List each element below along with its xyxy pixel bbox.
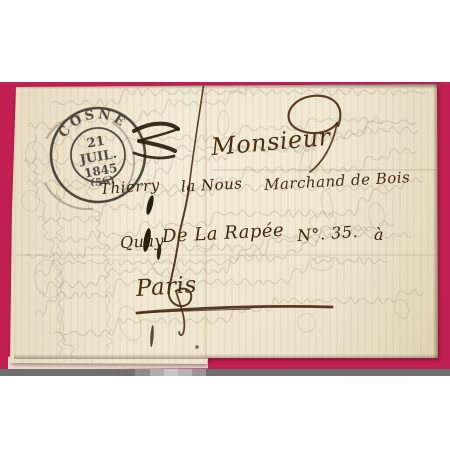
ink-dot: [195, 345, 199, 349]
tax-mark-stroke: [139, 141, 175, 151]
address-connector: à: [374, 225, 384, 244]
bottom-margin: [0, 376, 450, 450]
address-city: Paris: [135, 272, 197, 302]
rate-stroke: [189, 82, 204, 188]
ink-smudge: [150, 325, 155, 347]
scan-artifact-block: [135, 369, 150, 376]
ink-blot: [145, 195, 155, 216]
tax-mark-stroke: [134, 124, 178, 131]
tax-mark-stroke: [139, 129, 178, 141]
address-street: Quay: [120, 231, 165, 252]
product-photo: COSNE (56) 21 JUIL. 1845: [0, 0, 450, 450]
top-margin: [0, 0, 450, 82]
tax-mark-stroke: [134, 153, 174, 158]
scan-artifact-block: [192, 369, 206, 376]
scan-artifact-block: [164, 369, 178, 376]
scan-artifact-strip: [0, 369, 450, 376]
scan-artifact-block: [178, 369, 192, 376]
scan-artifact-block: [150, 369, 164, 376]
address-recipient-suffix: la Nous: [181, 174, 243, 195]
